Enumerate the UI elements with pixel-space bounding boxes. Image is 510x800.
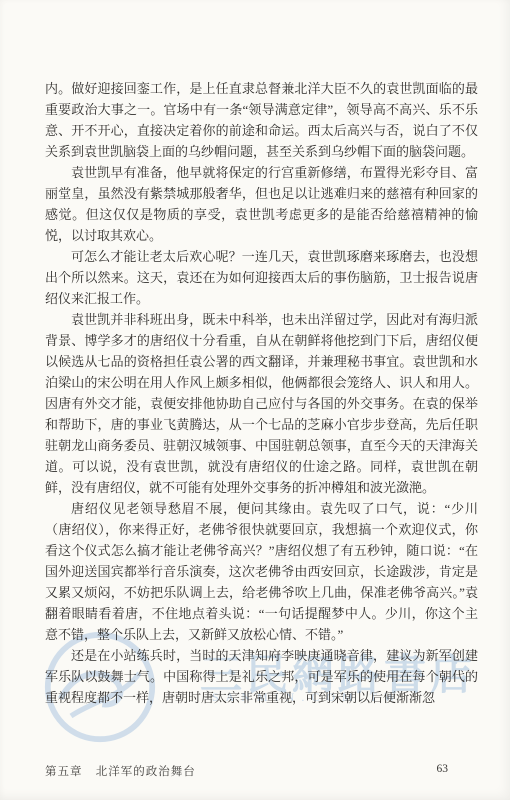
paragraph-1: 内。做好迎接回銮工作，是上任直隶总督兼北洋大臣不久的袁世凯面临的最重要政治大事之… bbox=[45, 78, 478, 162]
page-number: 63 bbox=[437, 763, 449, 775]
book-page: 三民網路書店 SANMIN.COM.TW 内。做好迎接回銮工作，是上任直隶总督兼… bbox=[0, 0, 510, 800]
paragraph-3: 可怎么才能让老太后欢心呢？一连几天，袁世凯琢磨来琢磨去，也没想出个所以然来。这天… bbox=[45, 246, 478, 309]
paragraph-4: 袁世凯并非科班出身，既未中科举，也未出洋留过学，因此对有海归派背景、博学多才的唐… bbox=[45, 309, 478, 498]
chapter-title: 北洋军的政治舞台 bbox=[96, 766, 196, 778]
paragraph-5: 唐绍仪见老领导愁眉不展，便问其缘由。袁先叹了口气，说：“少川（唐绍仪），你来得正… bbox=[45, 498, 478, 645]
page-footer: 第五章 北洋军的政治舞台 63 bbox=[45, 763, 465, 779]
chapter-label: 第五章 bbox=[45, 766, 83, 778]
paragraph-2: 袁世凯早有准备，他早就将保定的行宫重新修缮，布置得光彩夺目、富丽堂皇，虽然没有紫… bbox=[45, 162, 478, 246]
paragraph-6: 还是在小站练兵时，当时的天津知府李映庚通晓音律，建议为新军创建军乐队以鼓舞士气。… bbox=[45, 645, 478, 708]
body-text: 内。做好迎接回銮工作，是上任直隶总督兼北洋大臣不久的袁世凯面临的最重要政治大事之… bbox=[45, 78, 478, 708]
